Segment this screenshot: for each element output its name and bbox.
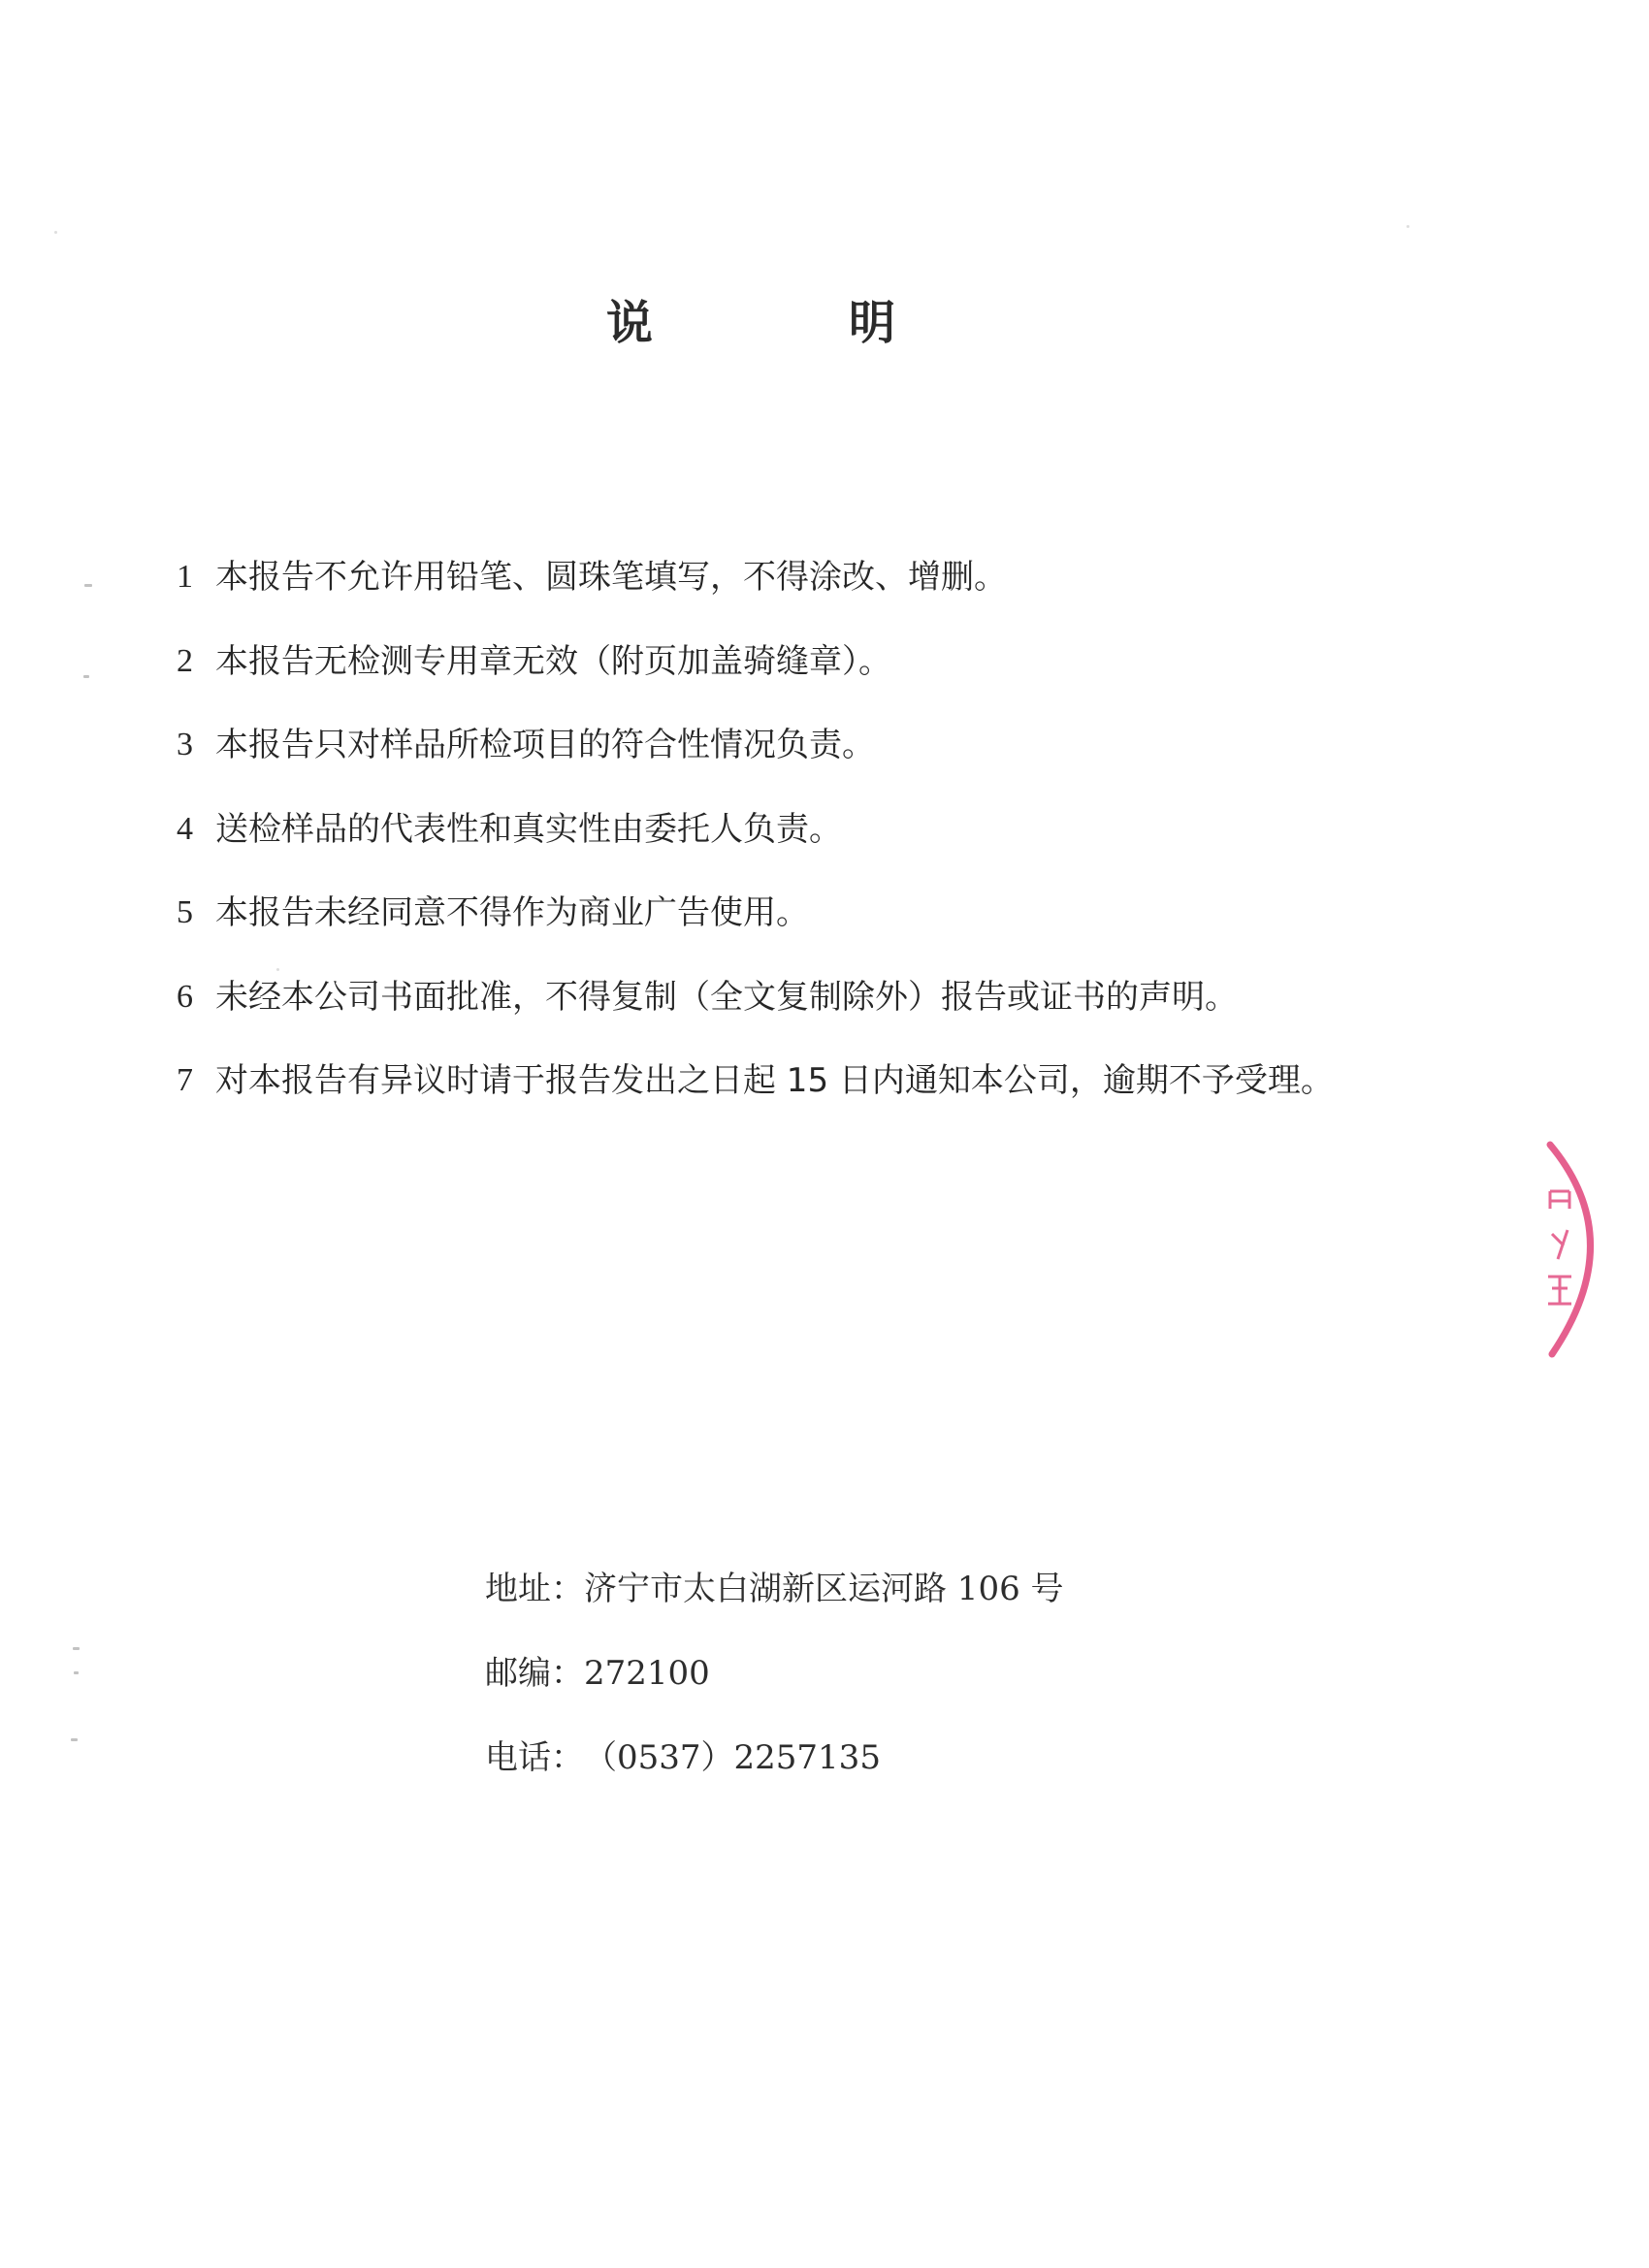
note-number: 3 xyxy=(177,719,215,771)
note-item: 6 未经本公司书面批准，不得复制（全文复制除外）报告或证书的声明。 xyxy=(177,971,1535,1055)
binding-mark xyxy=(83,675,89,678)
note-number: 6 xyxy=(177,971,215,1023)
phone-label: 电话： xyxy=(485,1729,584,1787)
title-char-1: 说 xyxy=(606,289,653,357)
document-page: 说 明 1 本报告不允许用铅笔、圆珠笔填写，不得涂改、增删。 2 本报告无检测专… xyxy=(0,0,1649,2268)
note-text: 本报告只对样品所检项目的符合性情况负责。 xyxy=(215,719,875,771)
note-text: 本报告不允许用铅笔、圆珠笔填写，不得涂改、增删。 xyxy=(215,551,1007,603)
note-text: 送检样品的代表性和真实性由委托人负责。 xyxy=(215,803,842,856)
note-text: 对本报告有异议时请于报告发出之日起 15 日内通知本公司，逾期不予受理。 xyxy=(215,1054,1334,1107)
note-item: 1 本报告不允许用铅笔、圆珠笔填写，不得涂改、增删。 xyxy=(177,551,1535,635)
note-text: 本报告未经同意不得作为商业广告使用。 xyxy=(215,887,809,939)
note-item: 2 本报告无检测专用章无效（附页加盖骑缝章）。 xyxy=(177,635,1535,720)
note-item: 3 本报告只对样品所检项目的符合性情况负责。 xyxy=(177,719,1535,803)
address-row: 地址：济宁市太白湖新区运河路 106 号 xyxy=(485,1560,1358,1644)
scan-speck xyxy=(1406,225,1409,228)
note-text: 本报告无检测专用章无效（附页加盖骑缝章）。 xyxy=(215,635,891,688)
note-number: 2 xyxy=(177,635,215,688)
scan-speck xyxy=(54,231,57,234)
scan-speck xyxy=(276,968,279,971)
official-seal-icon xyxy=(1474,1133,1649,1366)
phone-row: 电话：（0537）2257135 xyxy=(485,1729,1358,1813)
phone-value: （0537）2257135 xyxy=(584,1729,881,1787)
postcode-row: 邮编：272100 xyxy=(485,1644,1358,1729)
binding-mark xyxy=(71,1738,78,1741)
address-label: 地址： xyxy=(485,1560,584,1618)
postcode-label: 邮编： xyxy=(485,1644,584,1702)
note-number: 7 xyxy=(177,1054,215,1107)
contact-block: 地址：济宁市太白湖新区运河路 106 号 邮编：272100 电话：（0537）… xyxy=(485,1560,1358,1813)
postcode-value: 272100 xyxy=(584,1644,710,1702)
notes-list: 1 本报告不允许用铅笔、圆珠笔填写，不得涂改、增删。 2 本报告无检测专用章无效… xyxy=(177,551,1535,1139)
note-number: 1 xyxy=(177,551,215,603)
page-title: 说 明 xyxy=(0,289,1649,357)
note-number: 5 xyxy=(177,887,215,939)
address-value: 济宁市太白湖新区运河路 106 号 xyxy=(584,1560,1064,1618)
note-item: 5 本报告未经同意不得作为商业广告使用。 xyxy=(177,887,1535,971)
binding-mark xyxy=(74,1671,79,1674)
note-text: 未经本公司书面批准，不得复制（全文复制除外）报告或证书的声明。 xyxy=(215,971,1238,1023)
title-char-2: 明 xyxy=(849,289,895,357)
note-item: 7 对本报告有异议时请于报告发出之日起 15 日内通知本公司，逾期不予受理。 xyxy=(177,1054,1535,1139)
binding-mark xyxy=(84,584,92,587)
note-number: 4 xyxy=(177,803,215,856)
binding-mark xyxy=(73,1647,80,1650)
note-item: 4 送检样品的代表性和真实性由委托人负责。 xyxy=(177,803,1535,888)
